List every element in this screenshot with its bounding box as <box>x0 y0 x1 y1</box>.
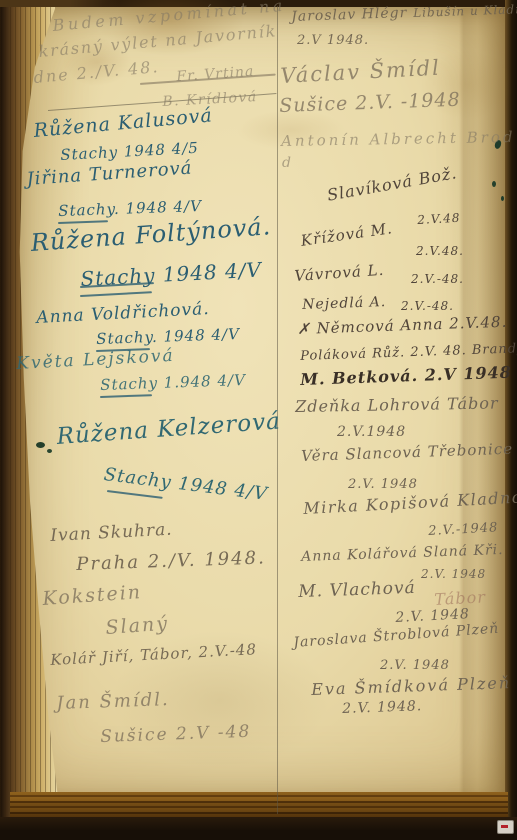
page-edge-stack <box>10 792 508 819</box>
signature-entry: 2.V.48 <box>417 212 461 226</box>
signature-entry: 2.V 1948. <box>297 34 369 47</box>
signature-entry: 2.V. 1948. <box>342 699 422 716</box>
signature-entry: Tábor <box>434 589 486 608</box>
signature-entry: 2.V.-48. <box>411 273 464 285</box>
watermark-red-bar <box>501 825 508 828</box>
signature-entry: Slaný <box>105 615 170 638</box>
book-edge-bottom <box>0 817 517 840</box>
ink-speck <box>501 196 504 201</box>
signature-entry: d <box>282 156 292 170</box>
guestbook-scan: Budem vzpomínat na krásný výlet na Javor… <box>0 0 517 840</box>
signature-entry: 2.V. 1948 <box>421 568 486 580</box>
signature-entry: 2.V.1948 <box>337 425 406 439</box>
ink-speck <box>492 181 496 187</box>
signature-entry: Nejedlá A. <box>302 295 386 312</box>
ink-speck <box>36 442 45 448</box>
signature-entry: 2.V. 1948 <box>380 659 450 672</box>
signature-entry: 2.V. 1948 <box>348 478 418 491</box>
signature-entry: Antonín Albrecht Brod <box>281 130 516 149</box>
signature-entry: Jan Šmídl. <box>56 691 170 713</box>
ink-speck <box>47 449 52 453</box>
signature-entry: M. Vlachová <box>298 580 416 601</box>
signature-entry: 2.V. 1948 <box>395 607 470 625</box>
signature-entry: Zdeňka Lohrová Tábor <box>295 395 499 415</box>
signature-entry: Libušín u Kladna <box>413 3 517 19</box>
signature-entry: 2.V.-48. <box>401 300 454 312</box>
signature-entry: Jaroslav Hlégr <box>291 6 407 24</box>
signature-entry: 2.V.-1948 <box>428 521 499 538</box>
book-edge-right <box>505 0 517 840</box>
watermark-icon <box>497 820 514 834</box>
signature-entry: 2.V.48. <box>416 245 464 257</box>
